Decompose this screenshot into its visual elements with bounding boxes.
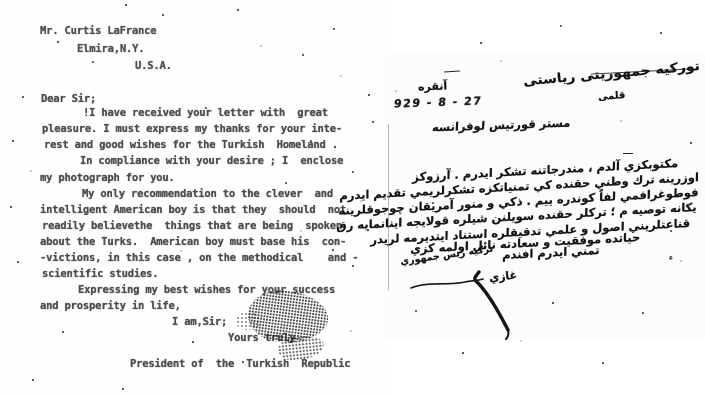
recipient-city: Elmira,N.Y. <box>77 43 144 55</box>
addressee-line: مستر قورتیس لوفرانسه <box>431 116 570 135</box>
body-line: rest and good wishes for the Turkish Hom… <box>44 139 338 151</box>
body-line: pleasure. I must express my thanks for y… <box>42 123 342 135</box>
body-line: and prosperity in life, <box>40 300 181 312</box>
body-line: In compliance with your desire ; I enclo… <box>80 155 343 167</box>
scanned-letter-page: { "left_page": { "recipient": { "name": … <box>0 0 705 396</box>
scan-specks <box>0 0 2 2</box>
handwritten-ottoman-page: تورکیه جمهوریتی ریاستی قلمی آنقره 929 - … <box>385 50 705 340</box>
page-fold-line <box>388 124 389 290</box>
stray-pen-mark: ء <box>669 253 673 262</box>
body-line: my photograph for you. <box>40 172 175 184</box>
pen-dash-mark <box>623 153 633 154</box>
body-line: readily believethe things that are being… <box>42 220 342 232</box>
signature-flourish <box>407 260 537 350</box>
recipient-country: U.S.A. <box>135 60 172 72</box>
place-ankara: آنقره <box>418 79 448 93</box>
handwritten-date: 929 - 8 - 27 <box>393 94 483 110</box>
body-line: scientific studies. <box>42 268 158 280</box>
letterhead-calligraphy: تورکیه جمهوریتی ریاستی <box>523 59 701 89</box>
body-line: -victions, in this case , on the methodi… <box>40 252 358 264</box>
letterhead-subtitle: قلمی <box>597 90 625 103</box>
pen-dash-mark <box>444 70 460 72</box>
body-line: intelligent American boy is that they sh… <box>40 204 346 216</box>
typed-letter-page: Mr. Curtis LaFrance Elmira,N.Y. U.S.A. D… <box>0 0 390 396</box>
body-line: My only recommendation to the clever and <box>82 188 333 200</box>
signature-title-line: President of the Turkish Republic <box>130 358 350 370</box>
body-line: !I have received your letter with great <box>83 107 328 119</box>
body-line: about the Turks. American boy must base … <box>40 236 346 248</box>
recipient-name: Mr. Curtis LaFrance <box>40 25 156 37</box>
salutation: Dear Sir; <box>41 93 96 105</box>
closing-i-am: I am,Sir; <box>172 316 227 328</box>
